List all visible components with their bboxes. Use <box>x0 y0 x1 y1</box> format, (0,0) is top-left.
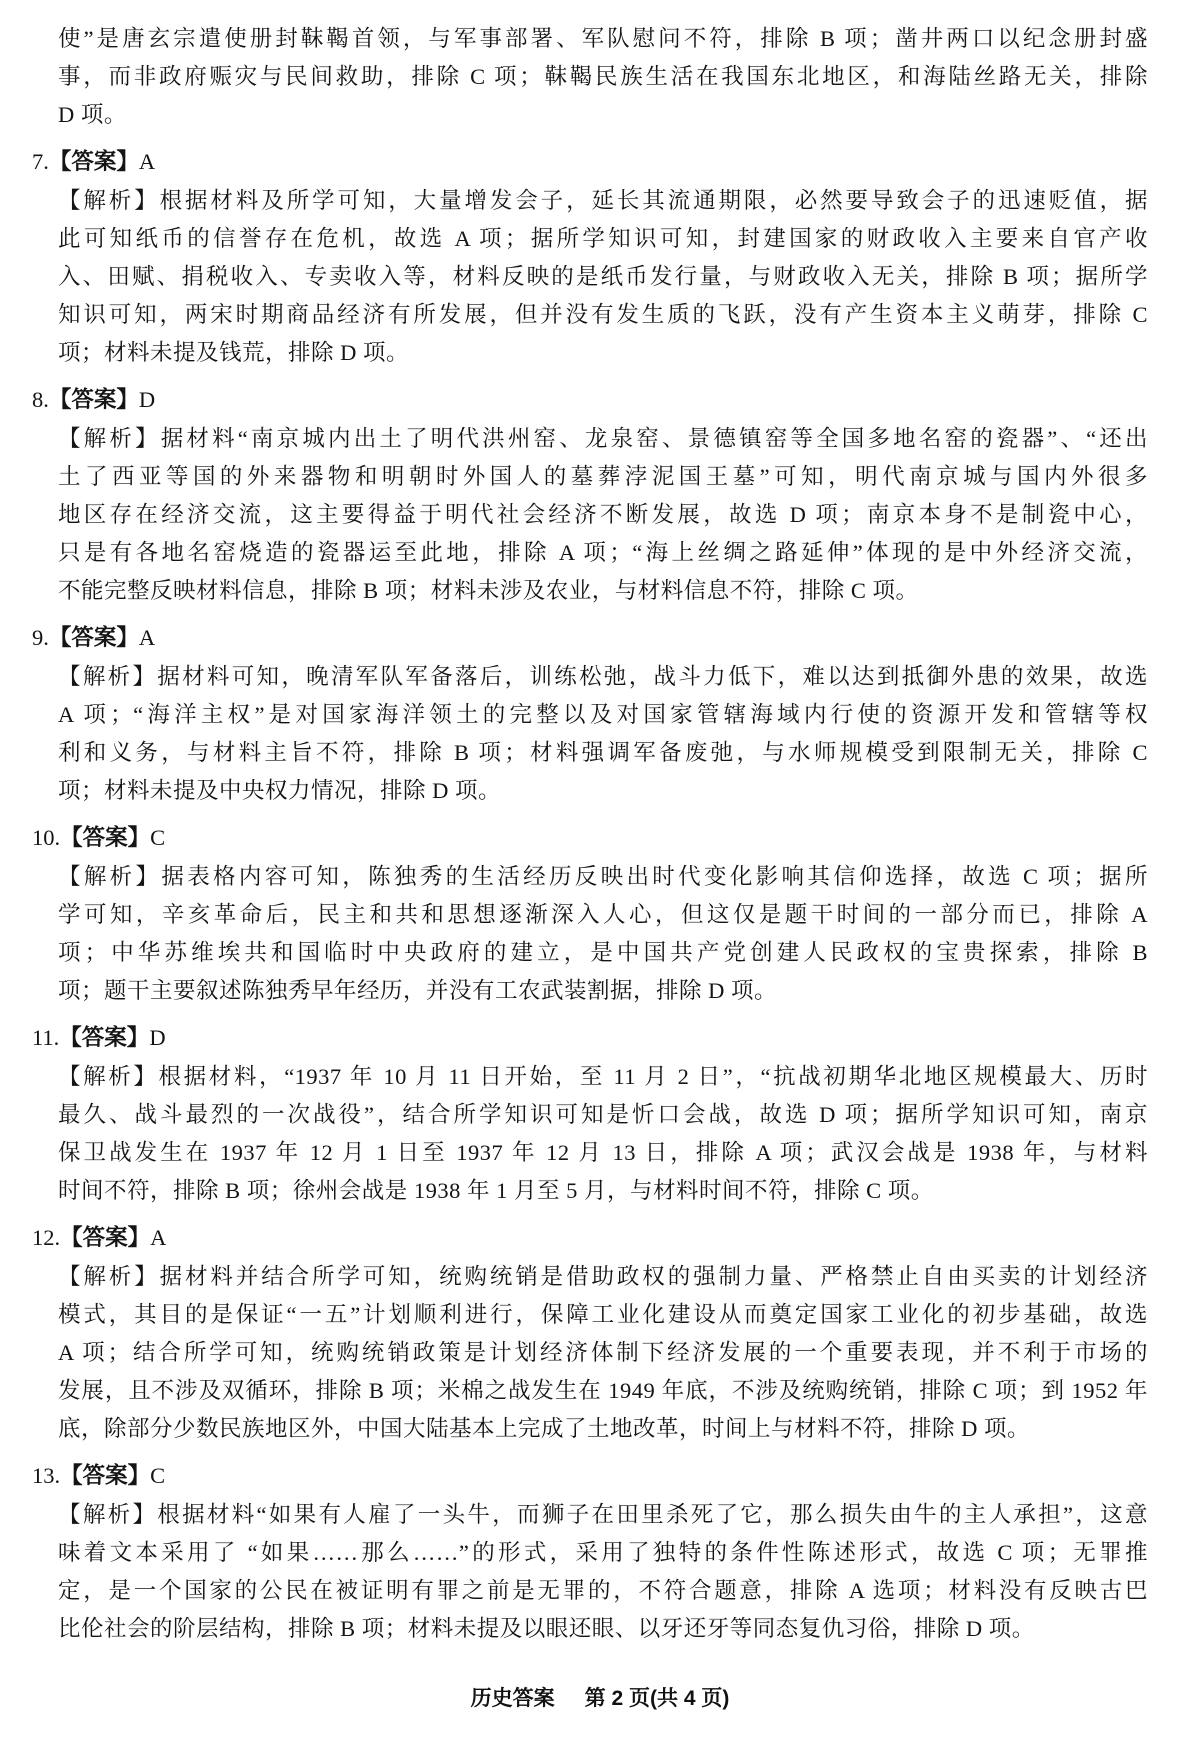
text-line: 【解析】根据材料“如果有人雇了一头牛，而狮子在田里杀死了它，那么损失由牛的主人承… <box>58 1496 1148 1534</box>
text-line: 使”是唐玄宗遣使册封靺鞨首领，与军事部署、军队慰问不符，排除 B 项；凿井两口以… <box>58 20 1148 58</box>
answer-line: 10.【答案】C <box>32 818 1148 858</box>
text-line: 项；材料未提及钱荒，排除 D 项。 <box>58 334 1148 372</box>
answer-line: 13.【答案】C <box>32 1456 1148 1496</box>
answer-letter: C <box>150 1463 166 1488</box>
answer-label: 【答案】 <box>49 149 139 174</box>
analysis-block: 【解析】据材料“南京城内出土了明代洪州窑、龙泉窑、景德镇窑等全国多地名窑的瓷器”… <box>58 420 1148 610</box>
text-line: 【解析】据材料并结合所学可知，统购统销是借助政权的强制力量、严格禁止自由买卖的计… <box>58 1258 1148 1296</box>
question-number: 8. <box>32 387 49 412</box>
question-number: 10. <box>32 825 60 850</box>
answer-label: 【答案】 <box>49 387 139 412</box>
text-line: 项；题干主要叙述陈独秀早年经历，并没有工农武装割据，排除 D 项。 <box>58 972 1148 1010</box>
question-number: 12. <box>32 1225 60 1250</box>
answer-letter: A <box>139 625 156 650</box>
document-page: 使”是唐玄宗遣使册封靺鞨首领，与军事部署、军队慰问不符，排除 B 项；凿井两口以… <box>0 0 1200 1744</box>
question-number: 11. <box>32 1025 59 1050</box>
answer-letter: A <box>139 149 156 174</box>
answer-line: 7.【答案】A <box>32 142 1148 182</box>
answer-line: 8.【答案】D <box>32 380 1148 420</box>
analysis-block: 【解析】根据材料及所学可知，大量增发会子，延长其流通期限，必然要导致会子的迅速贬… <box>58 182 1148 372</box>
question-number: 9. <box>32 625 49 650</box>
text-line: 知识可知，两宋时期商品经济有所发展，但并没有发生质的飞跃，没有产生资本主义萌芽，… <box>58 296 1148 334</box>
text-line: 【解析】根据材料及所学可知，大量增发会子，延长其流通期限，必然要导致会子的迅速贬… <box>58 182 1148 220</box>
text-line: 最久、战斗最烈的一次战役”，结合所学知识可知是忻口会战，故选 D 项；据所学知识… <box>58 1096 1148 1134</box>
text-line: 【解析】据材料可知，晚清军队军备落后，训练松弛，战斗力低下，难以达到抵御外患的效… <box>58 658 1148 696</box>
text-line: A 项；结合所学可知，统购统销政策是计划经济体制下经济发展的一个重要表现，并不利… <box>58 1334 1148 1372</box>
answer-label: 【答案】 <box>60 825 150 850</box>
text-line: 【解析】据表格内容可知，陈独秀的生活经历反映出时代变化影响其信仰选择，故选 C … <box>58 858 1148 896</box>
answer-key-content: 使”是唐玄宗遣使册封靺鞨首领，与军事部署、军队慰问不符，排除 B 项；凿井两口以… <box>0 0 1200 1648</box>
text-line: 定，是一个国家的公民在被证明有罪之前是无罪的，不符合题意，排除 A 选项；材料没… <box>58 1572 1148 1610</box>
answer-block: 7.【答案】A 【解析】根据材料及所学可知，大量增发会子，延长其流通期限，必然要… <box>32 142 1148 372</box>
text-line: 保卫战发生在 1937 年 12 月 1 日至 1937 年 12 月 13 日… <box>58 1134 1148 1172</box>
text-line: 不能完整反映材料信息，排除 B 项；材料未涉及农业，与材料信息不符，排除 C 项… <box>58 572 1148 610</box>
text-line: 项；中华苏维埃共和国临时中央政府的建立，是中国共产党创建人民政权的宝贵探索，排除… <box>58 934 1148 972</box>
text-line: 比伦社会的阶层结构，排除 B 项；材料未提及以眼还眼、以牙还牙等同态复仇习俗，排… <box>58 1610 1148 1648</box>
text-line: 模式，其目的是保证“一五”计划顺利进行，保障工业化建设从而奠定国家工业化的初步基… <box>58 1296 1148 1334</box>
text-line: 时间不符，排除 B 项；徐州会战是 1938 年 1 月至 5 月，与材料时间不… <box>58 1172 1148 1210</box>
answer-block: 11.【答案】D 【解析】根据材料，“1937 年 10 月 11 日开始，至 … <box>32 1018 1148 1210</box>
text-line: 土了西亚等国的外来器物和明朝时外国人的墓葬浡泥国王墓”可知，明代南京城与国内外很… <box>58 458 1148 496</box>
answer-label: 【答案】 <box>60 1225 150 1250</box>
text-line: 发展，且不涉及双循环，排除 B 项；米棉之战发生在 1949 年底，不涉及统购统… <box>58 1372 1148 1410</box>
answer-block: 12.【答案】A 【解析】据材料并结合所学可知，统购统销是借助政权的强制力量、严… <box>32 1218 1148 1448</box>
question-number: 7. <box>32 149 49 174</box>
answer-block: 8.【答案】D 【解析】据材料“南京城内出土了明代洪州窑、龙泉窑、景德镇窑等全国… <box>32 380 1148 610</box>
answer-block: 9.【答案】A 【解析】据材料可知，晚清军队军备落后，训练松弛，战斗力低下，难以… <box>32 618 1148 810</box>
answer-letter: D <box>149 1025 166 1050</box>
answer-letter: A <box>150 1225 167 1250</box>
answer-label: 【答案】 <box>49 625 139 650</box>
analysis-block: 【解析】据表格内容可知，陈独秀的生活经历反映出时代变化影响其信仰选择，故选 C … <box>58 858 1148 1010</box>
question-number: 13. <box>32 1463 60 1488</box>
footer-page-number: 第 2 页(共 4 页) <box>585 1687 730 1710</box>
text-line: 学可知，辛亥革命后，民主和共和思想逐渐深入人心，但这仅是题干时间的一部分而已，排… <box>58 896 1148 934</box>
analysis-block: 【解析】据材料并结合所学可知，统购统销是借助政权的强制力量、严格禁止自由买卖的计… <box>58 1258 1148 1448</box>
answer-line: 9.【答案】A <box>32 618 1148 658</box>
text-line: 味着文本采用了 “如果……那么……”的形式，采用了独特的条件性陈述形式，故选 C… <box>58 1534 1148 1572</box>
answer-label: 【答案】 <box>60 1463 150 1488</box>
text-line: A 项；“海洋主权”是对国家海洋领土的完整以及对国家管辖海域内行使的资源开发和管… <box>58 696 1148 734</box>
text-line: 底，除部分少数民族地区外，中国大陆基本上完成了土地改革，时间上与材料不符，排除 … <box>58 1410 1148 1448</box>
text-line: 利和义务，与材料主旨不符，排除 B 项；材料强调军备废弛，与水师规模受到限制无关… <box>58 734 1148 772</box>
answer-label: 【答案】 <box>59 1025 149 1050</box>
answer-line: 12.【答案】A <box>32 1218 1148 1258</box>
answers-list: 7.【答案】A 【解析】根据材料及所学可知，大量增发会子，延长其流通期限，必然要… <box>32 142 1148 1648</box>
text-line: 【解析】据材料“南京城内出土了明代洪州窑、龙泉窑、景德镇窑等全国多地名窑的瓷器”… <box>58 420 1148 458</box>
answer-block: 10.【答案】C 【解析】据表格内容可知，陈独秀的生活经历反映出时代变化影响其信… <box>32 818 1148 1010</box>
answer-letter: C <box>150 825 166 850</box>
text-line: D 项。 <box>58 96 1148 134</box>
answer-line: 11.【答案】D <box>32 1018 1148 1058</box>
analysis-block: 【解析】根据材料“如果有人雇了一头牛，而狮子在田里杀死了它，那么损失由牛的主人承… <box>58 1496 1148 1648</box>
text-line: 项；材料未提及中央权力情况，排除 D 项。 <box>58 772 1148 810</box>
answer-block: 13.【答案】C 【解析】根据材料“如果有人雇了一头牛，而狮子在田里杀死了它，那… <box>32 1456 1148 1648</box>
text-line: 只是有各地名窑烧造的瓷器运至此地，排除 A 项；“海上丝绸之路延伸”体现的是中外… <box>58 534 1148 572</box>
text-line: 入、田赋、捐税收入、专卖收入等，材料反映的是纸币发行量，与财政收入无关，排除 B… <box>58 258 1148 296</box>
text-line: 事，而非政府赈灾与民间救助，排除 C 项；靺鞨民族生活在我国东北地区，和海陆丝路… <box>58 58 1148 96</box>
text-line: 此可知纸币的信誉存在危机，故选 A 项；据所学知识可知，封建国家的财政收入主要来… <box>58 220 1148 258</box>
page-footer: 历史答案第 2 页(共 4 页) <box>0 1682 1200 1712</box>
answer-letter: D <box>139 387 156 412</box>
footer-subject-title: 历史答案 <box>471 1687 555 1710</box>
text-line: 【解析】根据材料，“1937 年 10 月 11 日开始，至 11 月 2 日”… <box>58 1058 1148 1096</box>
continuation-block: 使”是唐玄宗遣使册封靺鞨首领，与军事部署、军队慰问不符，排除 B 项；凿井两口以… <box>58 20 1148 134</box>
analysis-block: 【解析】据材料可知，晚清军队军备落后，训练松弛，战斗力低下，难以达到抵御外患的效… <box>58 658 1148 810</box>
text-line: 地区存在经济交流，这主要得益于明代社会经济不断发展，故选 D 项；南京本身不是制… <box>58 496 1148 534</box>
analysis-block: 【解析】根据材料，“1937 年 10 月 11 日开始，至 11 月 2 日”… <box>58 1058 1148 1210</box>
